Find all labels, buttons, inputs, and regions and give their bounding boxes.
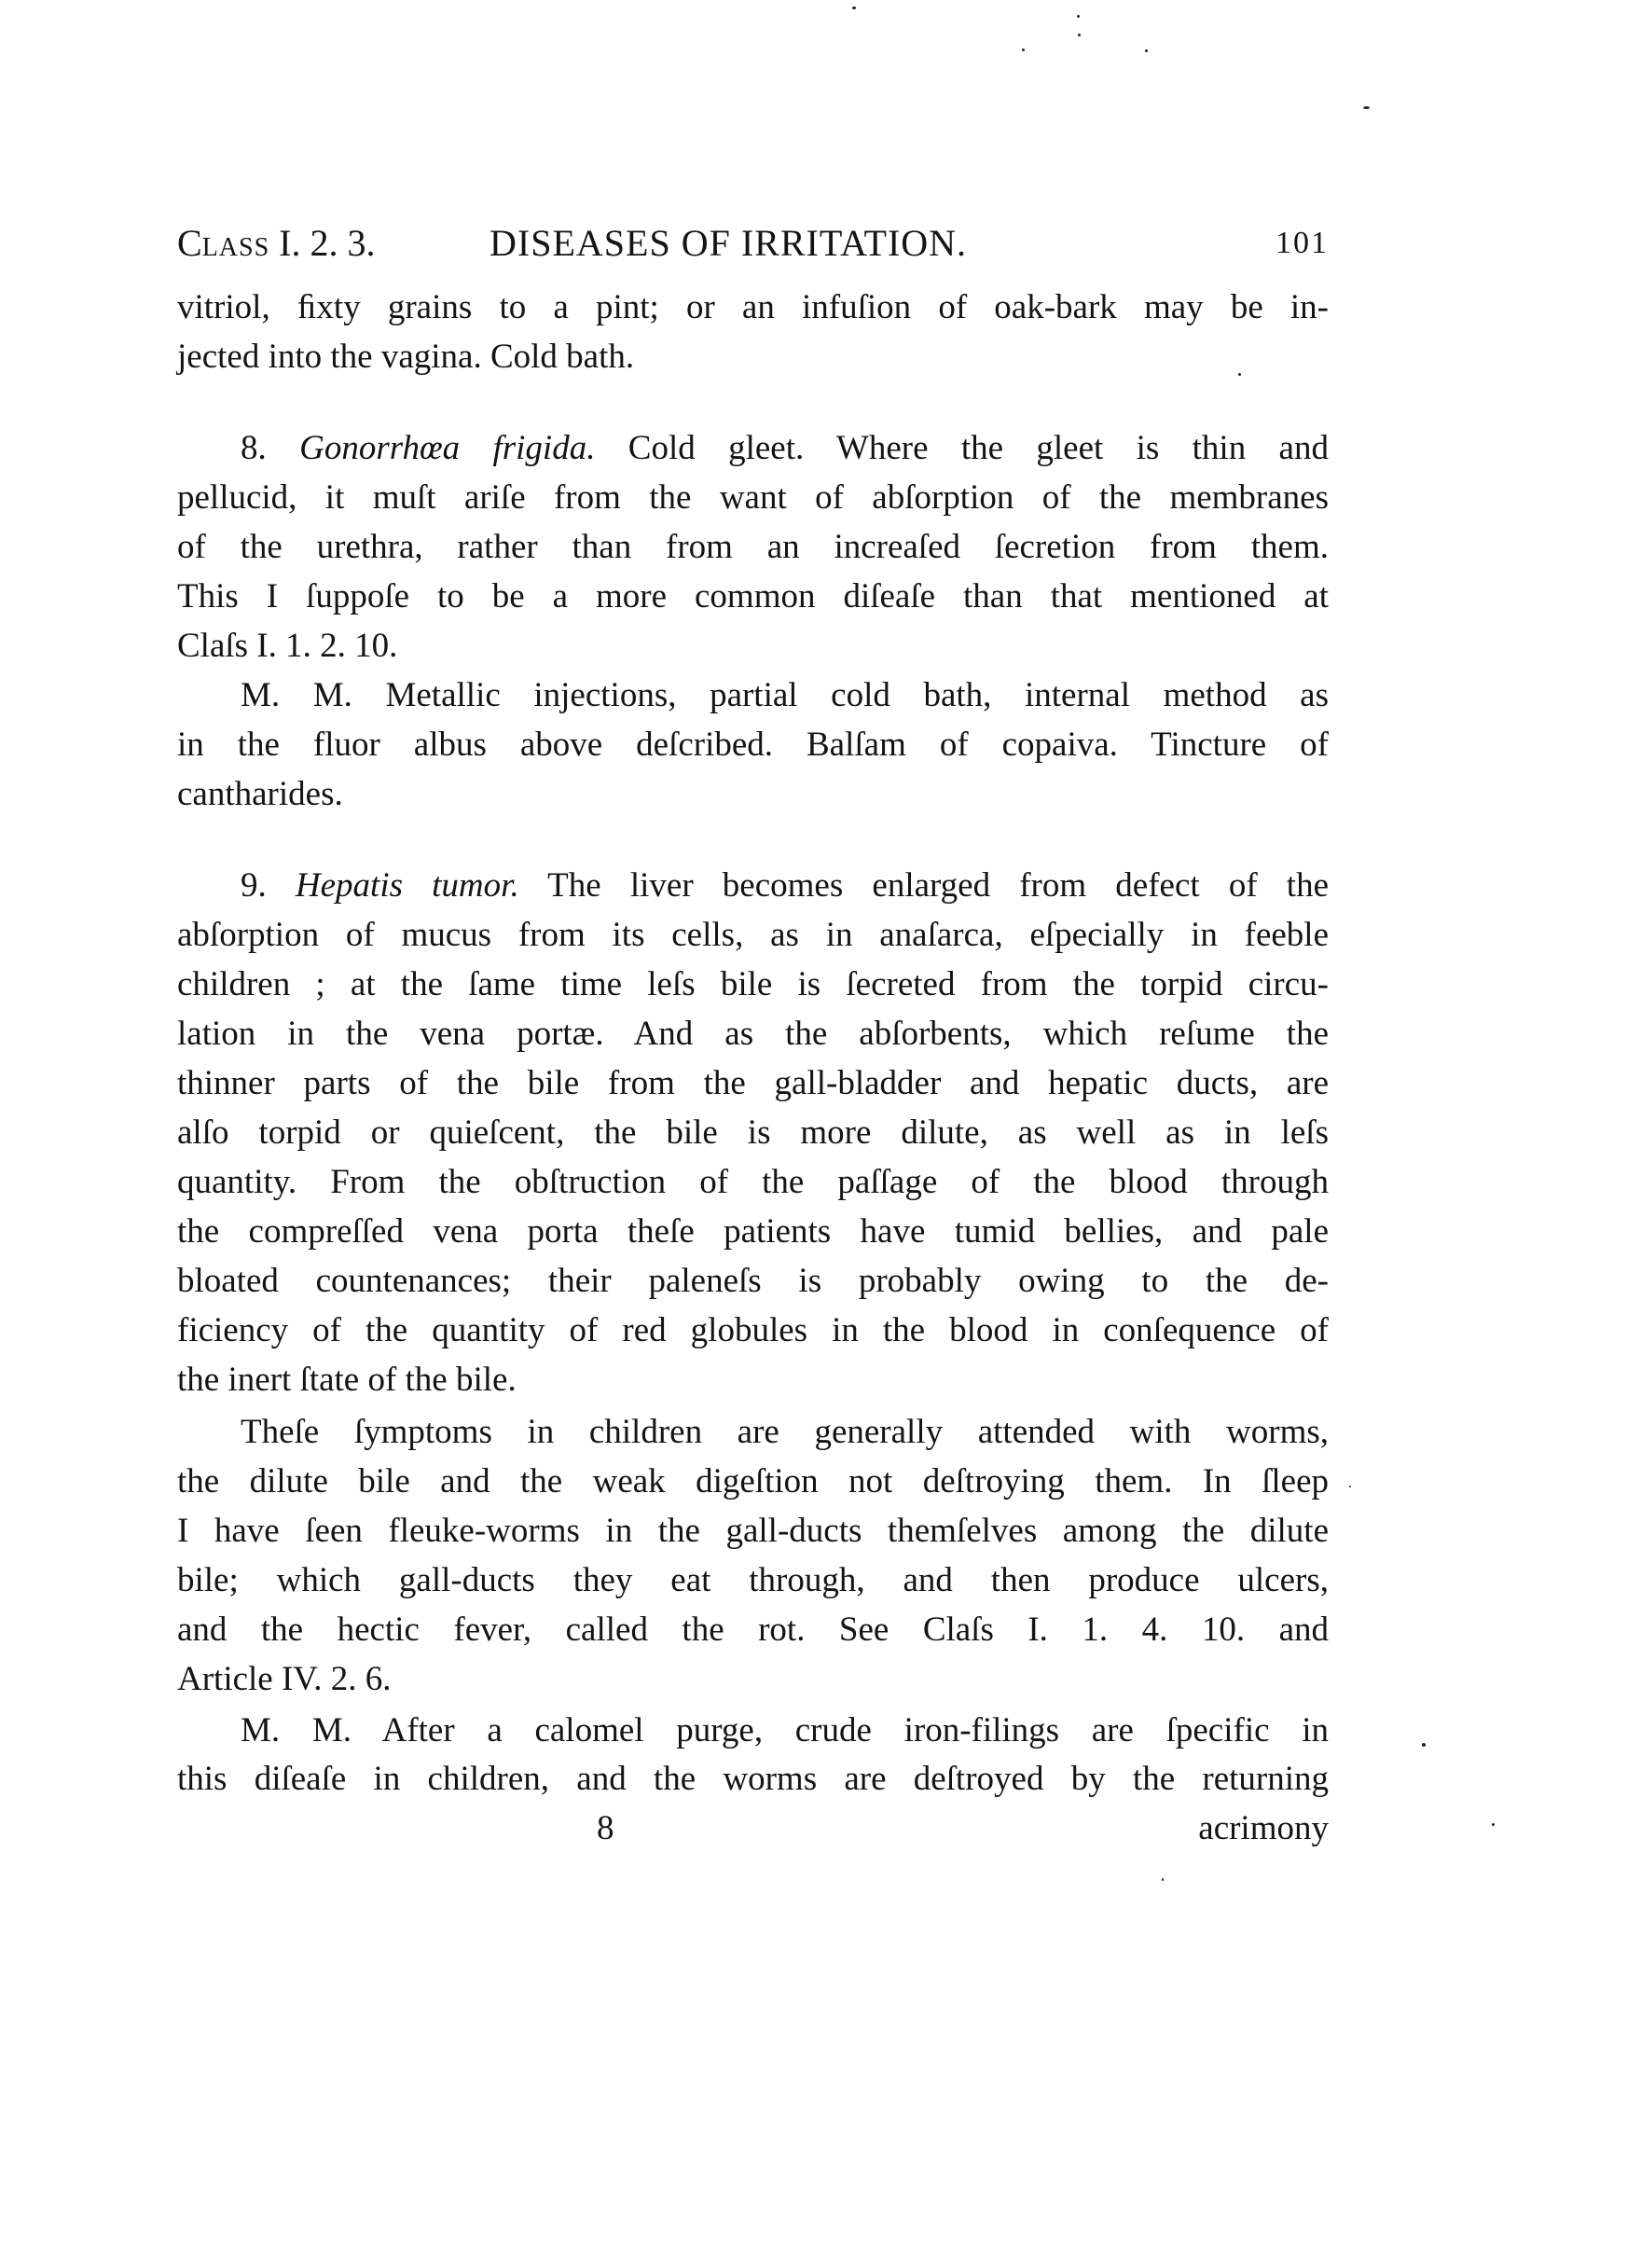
signature-mark: 8: [597, 1804, 614, 1853]
text-line: alſo torpid or quieſcent, the bile is mo…: [177, 1108, 1329, 1157]
text-line: vitriol, ﬁxty grains to a pint; or an in…: [177, 283, 1329, 332]
disease-name: Hepatis tumor.: [296, 866, 519, 905]
text-line: I have ſeen fleuke-worms in the gall-duc…: [177, 1506, 1329, 1556]
scan-speck: [1238, 373, 1241, 376]
materia-medica-line: M. M. Metallic injections, partial cold …: [177, 671, 1329, 720]
section-number: 8.: [241, 429, 299, 467]
scan-speck: [1145, 49, 1148, 52]
scan-speck: [1077, 15, 1080, 18]
text-line: of the urethra, rather than from an incr…: [177, 522, 1329, 572]
scan-speck: [1363, 106, 1370, 109]
text-line: pellucid, it muſt ariſe from the want of…: [177, 473, 1329, 522]
text-line: quantity. From the obſtruction of the pa…: [177, 1157, 1329, 1207]
text-line: cantharides.: [177, 769, 1329, 819]
disease-name: Gonorrhœa frigida.: [299, 429, 595, 467]
text-line: this diſeaſe in children, and the worms …: [177, 1754, 1329, 1804]
section-heading-line: 8. Gonorrhœa frigida. Cold gleet. Where …: [177, 423, 1329, 473]
text-line: ficiency of the quantity of red globules…: [177, 1306, 1329, 1355]
page-number: 101: [1276, 220, 1329, 267]
materia-medica-line: M. M. After a calomel purge, crude iron-…: [177, 1706, 1329, 1755]
chapter-title: DISEASES OF IRRITATION.: [490, 220, 967, 267]
running-head: Class I. 2. 3. DISEASES OF IRRITATION. 1…: [177, 220, 1329, 267]
text-line: the compreſſed vena porta theſe patients…: [177, 1207, 1329, 1256]
text-line: bile; which gall-ducts they eat through,…: [177, 1556, 1329, 1605]
text-line: jected into the vagina. Cold bath.: [177, 332, 1329, 381]
text-line: Claſs I. 1. 2. 10.: [177, 621, 1329, 671]
text-line: abſorption of mucus from its cells, as i…: [177, 910, 1329, 960]
catchword: acrimony: [1198, 1804, 1329, 1853]
scan-speck: [1022, 48, 1025, 51]
text-line: the inert ſtate of the bile.: [177, 1355, 1329, 1404]
text-line: This I ſuppoſe to be a more common diſea…: [177, 572, 1329, 621]
text-line: Theſe ſymptoms in children are generally…: [177, 1407, 1329, 1457]
text-line: in the fluor albus above deſcribed. Balſ…: [177, 720, 1329, 769]
text-line: lation in the vena portæ. And as the abſ…: [177, 1009, 1329, 1058]
text-line: Article IV. 2. 6.: [177, 1654, 1329, 1704]
scan-speck: [1492, 1823, 1495, 1826]
book-page: Class I. 2. 3. DISEASES OF IRRITATION. 1…: [0, 0, 1641, 2268]
section-heading-line: 9. Hepatis tumor. The liver becomes enla…: [177, 861, 1329, 910]
scan-speck: [1162, 1878, 1164, 1881]
scan-speck: [1349, 1486, 1351, 1487]
scan-speck: [1078, 34, 1081, 36]
text-line: thinner parts of the bile from the gall-…: [177, 1058, 1329, 1108]
text-line: children ; at the ſame time leſs bile is…: [177, 960, 1329, 1009]
section-number: 9.: [241, 866, 296, 905]
text-line: and the hectic fever, called the rot. Se…: [177, 1605, 1329, 1654]
text-line: bloated countenances; their paleneſs is …: [177, 1256, 1329, 1306]
text-line: the dilute bile and the weak digeſtion n…: [177, 1457, 1329, 1506]
class-reference: Class I. 2. 3.: [177, 220, 375, 267]
scan-speck: [852, 7, 856, 9]
scan-speck: [1422, 1743, 1426, 1747]
